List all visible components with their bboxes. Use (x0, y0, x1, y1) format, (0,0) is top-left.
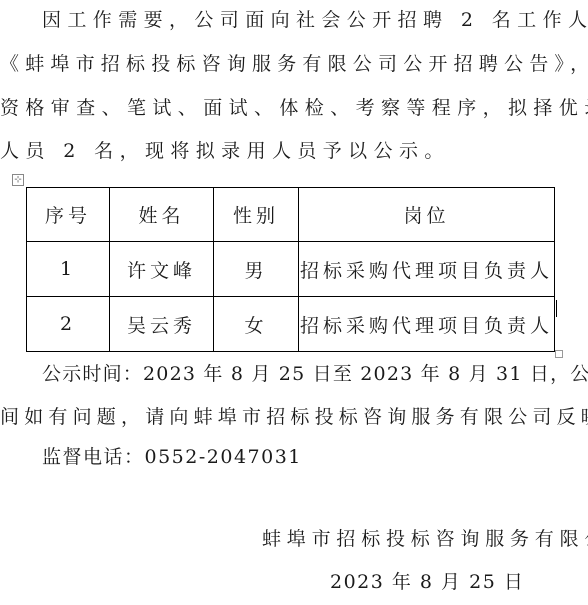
cell-number[interactable]: 1 (27, 242, 110, 297)
hotline-text: 监督电话：0552-2047031 (42, 445, 302, 469)
intro-paragraph-line-3: 资格审查、笔试、面试、体检、考察等程序，拟择优录取工作 (0, 96, 588, 120)
table-row: 2 吴云秀 女 招标采购代理项目负责人 (27, 297, 555, 352)
hire-roster-table: 序号 姓名 性别 岗位 1 许文峰 男 招标采购代理项目负责人 2 吴云秀 女 … (26, 187, 555, 352)
table-row: 1 许文峰 男 招标采购代理项目负责人 (27, 242, 555, 297)
cell-number[interactable]: 2 (27, 297, 110, 352)
header-cell-gender[interactable]: 性别 (214, 188, 299, 242)
cell-position[interactable]: 招标采购代理项目负责人 (299, 242, 555, 297)
intro-paragraph-line-2: 《蚌埠市招标投标咨询服务有限公司公开招聘公告》，经报名、 (0, 52, 588, 76)
signature-company: 蚌埠市招标投标咨询服务有限公司 (262, 527, 588, 551)
cell-position[interactable]: 招标采购代理项目负责人 (299, 297, 555, 352)
header-cell-name[interactable]: 姓名 (110, 188, 214, 242)
intro-paragraph-line-4: 人员 2 名，现将拟录用人员予以公示。 (0, 139, 450, 163)
cell-name[interactable]: 吴云秀 (110, 297, 214, 352)
text-cursor (556, 300, 557, 317)
table-resize-handle-icon[interactable] (555, 350, 563, 358)
header-cell-position[interactable]: 岗位 (299, 188, 555, 242)
cell-gender[interactable]: 男 (214, 242, 299, 297)
intro-paragraph-line-1: 因工作需要，公司面向社会公开招聘 2 名工作人员，根据 (42, 8, 588, 32)
period-paragraph-line-2: 间如有问题，请向蚌埠市招标投标咨询服务有限公司反映。 (0, 405, 588, 429)
period-paragraph-line-1: 公示时间：2023 年 8 月 25 日至 2023 年 8 月 31 日，公示… (42, 362, 588, 386)
header-cell-number[interactable]: 序号 (27, 188, 110, 242)
table-move-handle-icon[interactable]: ⊹ (12, 174, 24, 186)
cell-name[interactable]: 许文峰 (110, 242, 214, 297)
signature-date: 2023 年 8 月 25 日 (330, 570, 524, 594)
table-header-row: 序号 姓名 性别 岗位 (27, 188, 555, 242)
cell-gender[interactable]: 女 (214, 297, 299, 352)
